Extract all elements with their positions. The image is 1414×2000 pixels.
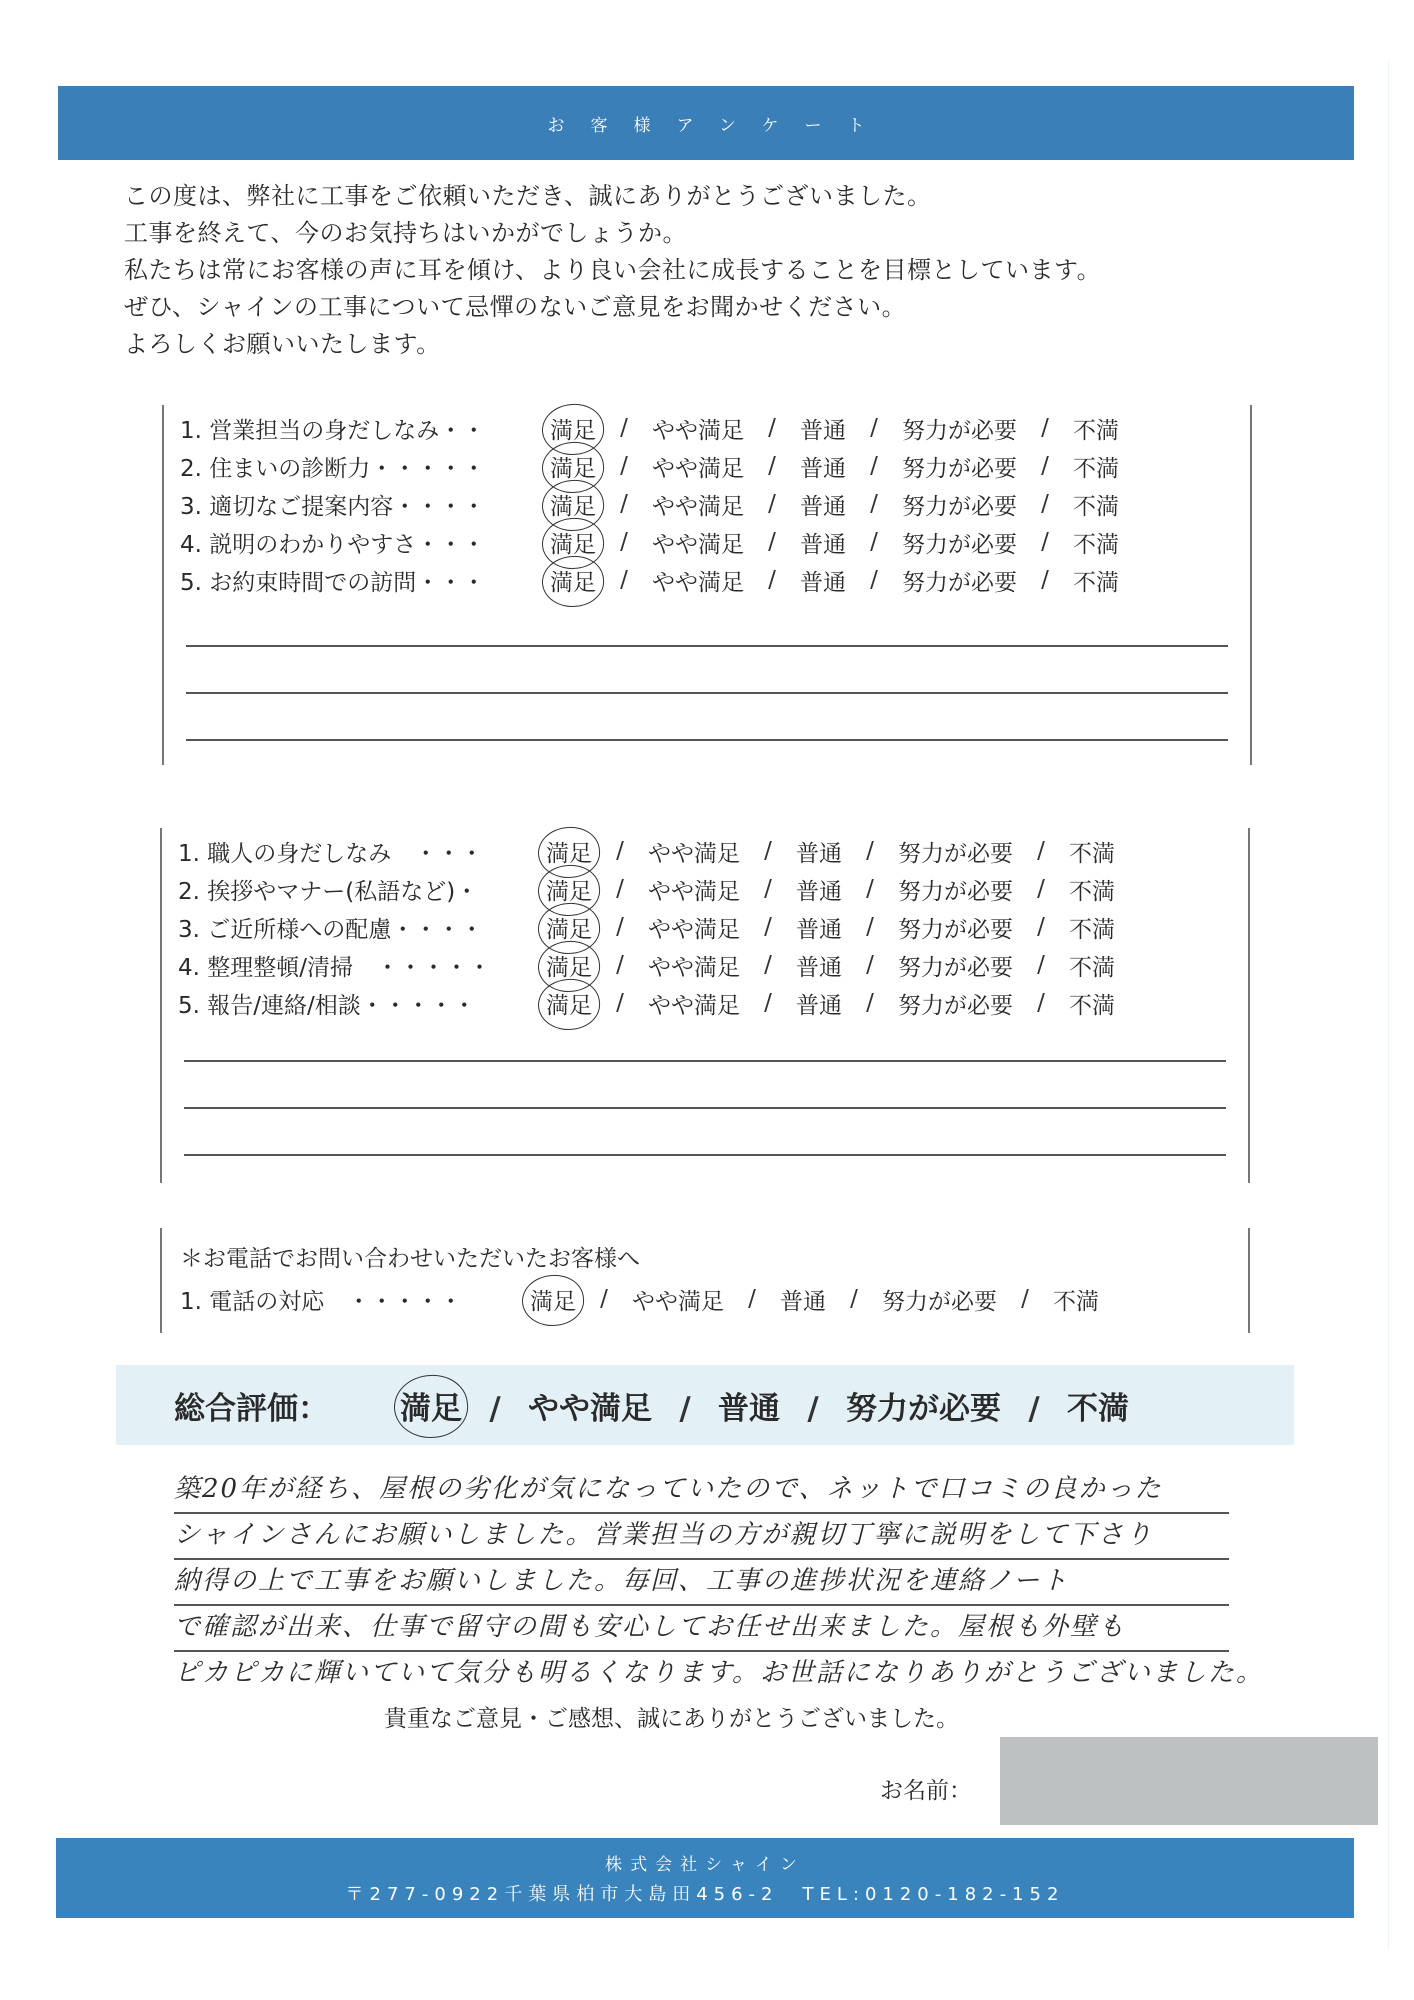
rating-option[interactable]: やや満足 <box>648 949 740 982</box>
rating-option[interactable]: やや満足 <box>652 488 744 521</box>
overall-rating: 総合評価： 満足/やや満足/普通/努力が必要/不満 <box>116 1383 1129 1428</box>
rating-row: 3. 適切なご提案内容・・・・満足/やや満足/普通/努力が必要/不満 <box>180 485 1240 523</box>
craftsmen-rating-section: 1. 職人の身だしなみ ・・・満足/やや満足/普通/努力が必要/不満 2. 挨拶… <box>160 828 1250 1183</box>
rating-option-selected[interactable]: 満足 <box>546 987 592 1020</box>
thanks-message: 貴重なご意見・ご感想、誠にありがとうございました。 <box>384 1700 959 1733</box>
comment-line[interactable]: 築20年が経ち、屋根の劣化が気になっていたので、ネットで口コミの良かった <box>174 1468 1229 1514</box>
rating-option[interactable]: 普通 <box>800 488 846 521</box>
comment-line[interactable] <box>184 1060 1226 1062</box>
intro-line: 工事を終えて、今のお気持ちはいかがでしょうか。 <box>124 215 1274 252</box>
overall-options: 満足/やや満足/普通/努力が必要/不満 <box>400 1383 1129 1428</box>
rating-option[interactable]: 普通 <box>800 564 846 597</box>
rating-option[interactable]: 不満 <box>1069 911 1115 944</box>
option-separator: / <box>744 567 800 593</box>
option-separator: / <box>740 952 796 978</box>
rating-option[interactable]: 普通 <box>780 1283 826 1316</box>
rating-option[interactable]: 不満 <box>1069 949 1115 982</box>
intro-line: 私たちは常にお客様の声に耳を傾け、より良い会社に成長することを目標としています。 <box>124 252 1274 289</box>
option-separator: / <box>740 838 796 864</box>
option-separator: / <box>744 491 800 517</box>
option-separator: / <box>780 1391 846 1427</box>
option-separator: / <box>744 529 800 555</box>
rating-item-label: 2. 挨拶やマナー(私語など)・ <box>178 873 546 906</box>
handwritten-comment: 築20年が経ち、屋根の劣化が気になっていたので、ネットで口コミの良かった シャイ… <box>174 1468 1274 1698</box>
comment-line[interactable]: 納得の上で工事をお願いしました。毎回、工事の進捗状況を連絡ノート <box>174 1560 1229 1606</box>
rating-option[interactable]: 努力が必要 <box>902 412 1017 445</box>
option-separator: / <box>740 914 796 940</box>
comment-line[interactable]: ピカピカに輝いていて気分も明るくなります。お世話になりありがとうございました。 <box>174 1652 1284 1698</box>
option-separator: / <box>842 876 898 902</box>
rating-option[interactable]: 努力が必要 <box>898 911 1013 944</box>
rating-option[interactable]: 普通 <box>718 1383 780 1428</box>
rating-option[interactable]: 努力が必要 <box>902 488 1017 521</box>
option-separator: / <box>1017 415 1073 441</box>
option-separator: / <box>724 1286 780 1312</box>
name-field-redacted[interactable] <box>1000 1737 1378 1825</box>
option-separator: / <box>740 990 796 1016</box>
intro-text: この度は、弊社に工事をご依頼いただき、誠にありがとうございました。 工事を終えて… <box>124 178 1274 363</box>
rating-row: 1. 営業担当の身だしなみ・・満足/やや満足/普通/努力が必要/不満 <box>180 409 1240 447</box>
option-separator: / <box>596 415 652 441</box>
rating-option[interactable]: 不満 <box>1073 450 1119 483</box>
option-separator: / <box>744 415 800 441</box>
rating-option[interactable]: 努力が必要 <box>882 1283 997 1316</box>
rating-item-label: 2. 住まいの診断力・・・・・ <box>180 450 550 483</box>
rating-option[interactable]: 不満 <box>1073 488 1119 521</box>
rating-row: 2. 挨拶やマナー(私語など)・満足/やや満足/普通/努力が必要/不満 <box>178 870 1238 908</box>
rating-option[interactable]: 努力が必要 <box>898 949 1013 982</box>
option-separator: / <box>744 453 800 479</box>
rating-option[interactable]: 普通 <box>796 911 842 944</box>
rating-item-label: 1. 営業担当の身だしなみ・・ <box>180 412 550 445</box>
option-separator: / <box>592 952 648 978</box>
option-separator: / <box>462 1391 528 1427</box>
rating-item-label: 3. ご近所様への配慮・・・・ <box>178 911 546 944</box>
comment-line[interactable]: シャインさんにお願いしました。営業担当の方が親切丁寧に説明をして下さり <box>174 1514 1229 1560</box>
option-separator: / <box>592 838 648 864</box>
sales-rating-section: 1. 営業担当の身だしなみ・・満足/やや満足/普通/努力が必要/不満 2. 住ま… <box>162 405 1252 765</box>
rating-row: 1. 職人の身だしなみ ・・・満足/やや満足/普通/努力が必要/不満 <box>178 832 1238 870</box>
option-separator: / <box>740 876 796 902</box>
rating-rows: 1. 営業担当の身だしなみ・・満足/やや満足/普通/努力が必要/不満 2. 住ま… <box>180 409 1240 599</box>
rating-option[interactable]: やや満足 <box>648 911 740 944</box>
rating-item-label: 5. お約束時間での訪問・・・ <box>180 564 550 597</box>
survey-title: お客様アンケート <box>522 111 891 136</box>
rating-option[interactable]: やや満足 <box>652 412 744 445</box>
rating-option[interactable]: 努力が必要 <box>902 564 1017 597</box>
rating-option[interactable]: 普通 <box>800 450 846 483</box>
option-separator: / <box>1013 838 1069 864</box>
rating-item-label: 4. 説明のわかりやすさ・・・ <box>180 526 550 559</box>
rating-option-selected[interactable]: 満足 <box>400 1383 462 1428</box>
rating-option[interactable]: 不満 <box>1069 835 1115 868</box>
option-separator: / <box>652 1391 718 1427</box>
rating-option[interactable]: 不満 <box>1073 526 1119 559</box>
option-separator: / <box>842 838 898 864</box>
comment-line[interactable] <box>184 1154 1226 1156</box>
name-label: お名前： <box>880 1772 972 1805</box>
option-separator: / <box>1013 876 1069 902</box>
rating-option[interactable]: 普通 <box>800 412 846 445</box>
rating-option-selected[interactable]: 満足 <box>550 412 596 445</box>
rating-item-label: 3. 適切なご提案内容・・・・ <box>180 488 550 521</box>
option-separator: / <box>1013 990 1069 1016</box>
rating-option[interactable]: 不満 <box>1073 412 1119 445</box>
rating-option[interactable]: やや満足 <box>648 835 740 868</box>
option-separator: / <box>592 914 648 940</box>
rating-option[interactable]: 不満 <box>1053 1283 1099 1316</box>
rating-item-label: 5. 報告/連絡/相談・・・・・ <box>178 987 546 1020</box>
comment-line[interactable]: で確認が出来、仕事で留守の間も安心してお任せ出来ました。屋根も外壁も <box>174 1606 1229 1652</box>
intro-line: ぜひ、シャインの工事について忌憚のないご意見をお聞かせください。 <box>124 289 1274 326</box>
phone-section-heading: ＊お電話でお問い合わせいただいたお客様へ <box>180 1240 640 1273</box>
comment-line[interactable] <box>186 645 1228 647</box>
option-separator: / <box>846 567 902 593</box>
rating-option[interactable]: やや満足 <box>652 564 744 597</box>
option-separator: / <box>846 491 902 517</box>
rating-row: 5. お約束時間での訪問・・・満足/やや満足/普通/努力が必要/不満 <box>180 561 1240 599</box>
rating-option[interactable]: やや満足 <box>632 1283 724 1316</box>
comment-lines <box>184 1060 1226 1201</box>
rating-option[interactable]: 努力が必要 <box>898 835 1013 868</box>
option-separator: / <box>596 567 652 593</box>
option-separator: / <box>596 491 652 517</box>
rating-option[interactable]: 不満 <box>1073 564 1119 597</box>
comment-line[interactable] <box>186 739 1228 741</box>
rating-option[interactable]: 不満 <box>1069 873 1115 906</box>
rating-option[interactable]: やや満足 <box>648 873 740 906</box>
comment-line[interactable] <box>184 1107 1226 1109</box>
page-edge <box>1388 60 1389 1950</box>
option-separator: / <box>576 1286 632 1312</box>
footer-banner: 株式会社シャイン 〒277-0922千葉県柏市大島田456-2 TEL:0120… <box>56 1838 1354 1918</box>
rating-option[interactable]: 努力が必要 <box>898 873 1013 906</box>
rating-option-selected[interactable]: 満足 <box>550 564 596 597</box>
rating-rows: 1. 職人の身だしなみ ・・・満足/やや満足/普通/努力が必要/不満 2. 挨拶… <box>178 832 1238 1022</box>
rating-option[interactable]: 普通 <box>796 987 842 1020</box>
company-address: 〒277-0922千葉県柏市大島田456-2 TEL:0120-182-152 <box>56 1880 1354 1906</box>
intro-line: よろしくお願いいたします。 <box>124 326 1274 363</box>
intro-line: この度は、弊社に工事をご依頼いただき、誠にありがとうございました。 <box>124 178 1274 215</box>
rating-option[interactable]: 不満 <box>1067 1383 1129 1428</box>
rating-option-selected[interactable]: 満足 <box>546 911 592 944</box>
option-separator: / <box>846 415 902 441</box>
rating-option[interactable]: 普通 <box>796 949 842 982</box>
rating-option[interactable]: やや満足 <box>652 526 744 559</box>
rating-option-selected[interactable]: 満足 <box>550 526 596 559</box>
option-separator: / <box>1017 491 1073 517</box>
option-separator: / <box>592 990 648 1016</box>
option-separator: / <box>1017 567 1073 593</box>
rating-row: 2. 住まいの診断力・・・・・満足/やや満足/普通/努力が必要/不満 <box>180 447 1240 485</box>
option-separator: / <box>997 1286 1053 1312</box>
option-separator: / <box>592 876 648 902</box>
rating-option-selected[interactable]: 満足 <box>546 873 592 906</box>
rating-row: 3. ご近所様への配慮・・・・満足/やや満足/普通/努力が必要/不満 <box>178 908 1238 946</box>
header-banner: お客様アンケート <box>58 86 1354 160</box>
rating-option[interactable]: 普通 <box>796 873 842 906</box>
rating-option-selected[interactable]: 満足 <box>550 450 596 483</box>
phone-rating-section: ＊お電話でお問い合わせいただいたお客様へ 1. 電話の対応 ・・・・・満足/やや… <box>160 1228 1250 1333</box>
rating-row: 4. 整理整頓/清掃 ・・・・・満足/やや満足/普通/努力が必要/不満 <box>178 946 1238 984</box>
option-separator: / <box>596 529 652 555</box>
option-separator: / <box>842 914 898 940</box>
option-separator: / <box>846 453 902 479</box>
option-separator: / <box>842 952 898 978</box>
rating-option[interactable]: 努力が必要 <box>898 987 1013 1020</box>
rating-option[interactable]: やや満足 <box>528 1383 652 1428</box>
rating-item-label: 1. 電話の対応 ・・・・・ <box>180 1283 530 1316</box>
rating-option-selected[interactable]: 満足 <box>546 835 592 868</box>
comment-line[interactable] <box>186 692 1228 694</box>
rating-option[interactable]: やや満足 <box>652 450 744 483</box>
rating-option[interactable]: 普通 <box>796 835 842 868</box>
rating-row: 5. 報告/連絡/相談・・・・・満足/やや満足/普通/努力が必要/不満 <box>178 984 1238 1022</box>
option-separator: / <box>1013 914 1069 940</box>
rating-row: 4. 説明のわかりやすさ・・・満足/やや満足/普通/努力が必要/不満 <box>180 523 1240 561</box>
overall-label: 総合評価： <box>174 1383 400 1428</box>
option-separator: / <box>1001 1391 1067 1427</box>
comment-lines <box>186 645 1228 786</box>
rating-option[interactable]: 努力が必要 <box>902 526 1017 559</box>
rating-option[interactable]: 普通 <box>800 526 846 559</box>
option-separator: / <box>1013 952 1069 978</box>
option-separator: / <box>846 529 902 555</box>
rating-option[interactable]: 努力が必要 <box>902 450 1017 483</box>
rating-item-label: 4. 整理整頓/清掃 ・・・・・ <box>178 949 546 982</box>
rating-option[interactable]: やや満足 <box>648 987 740 1020</box>
option-separator: / <box>842 990 898 1016</box>
rating-option-selected[interactable]: 満足 <box>550 488 596 521</box>
rating-option-selected[interactable]: 満足 <box>530 1283 576 1316</box>
option-separator: / <box>1017 453 1073 479</box>
rating-option[interactable]: 不満 <box>1069 987 1115 1020</box>
rating-option[interactable]: 努力が必要 <box>846 1383 1001 1428</box>
option-separator: / <box>826 1286 882 1312</box>
overall-rating-band: 総合評価： 満足/やや満足/普通/努力が必要/不満 <box>116 1365 1294 1445</box>
company-name: 株式会社シャイン <box>56 1850 1354 1876</box>
rating-item-label: 1. 職人の身だしなみ ・・・ <box>178 835 546 868</box>
option-separator: / <box>1017 529 1073 555</box>
option-separator: / <box>596 453 652 479</box>
rating-option-selected[interactable]: 満足 <box>546 949 592 982</box>
rating-row: 1. 電話の対応 ・・・・・満足/やや満足/普通/努力が必要/不満 <box>180 1280 1238 1318</box>
